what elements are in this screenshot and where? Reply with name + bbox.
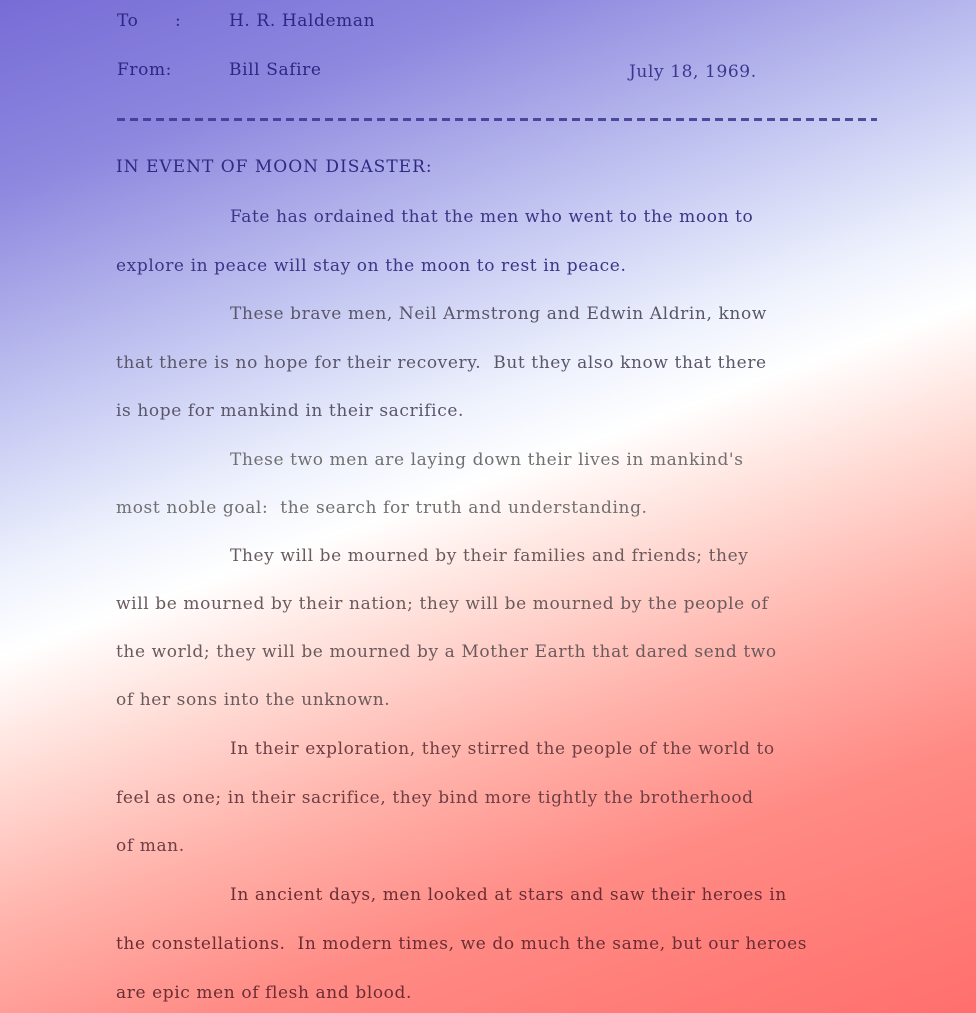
body-line: will be mourned by their nation; they wi… (116, 594, 769, 614)
to-value: H. R. Haldeman (229, 11, 375, 31)
body-line: most noble goal: the search for truth an… (116, 498, 648, 518)
divider-line (117, 118, 877, 121)
memo-subject: IN EVENT OF MOON DISASTER: (116, 157, 433, 177)
body-line: These two men are laying down their live… (230, 450, 744, 470)
to-colon: : (175, 11, 181, 31)
body-line: They will be mourned by their families a… (230, 546, 748, 566)
body-line: Fate has ordained that the men who went … (230, 207, 753, 227)
body-line: of her sons into the unknown. (116, 690, 390, 710)
body-line: feel as one; in their sacrifice, they bi… (116, 788, 754, 808)
body-line: that there is no hope for their recovery… (116, 353, 767, 373)
memo-page: To : H. R. Haldeman From: Bill Safire Ju… (0, 0, 976, 1013)
body-line: In their exploration, they stirred the p… (230, 739, 775, 759)
body-line: the world; they will be mourned by a Mot… (116, 642, 777, 662)
from-label: From: (117, 60, 172, 80)
memo-date: July 18, 1969. (629, 62, 757, 82)
to-label: To (117, 11, 138, 31)
body-line: the constellations. In modern times, we … (116, 934, 807, 954)
body-line: is hope for mankind in their sacrifice. (116, 401, 464, 421)
body-line: These brave men, Neil Armstrong and Edwi… (230, 304, 767, 324)
body-line: of man. (116, 836, 185, 856)
body-line: In ancient days, men looked at stars and… (230, 885, 787, 905)
from-value: Bill Safire (229, 60, 322, 80)
body-line: explore in peace will stay on the moon t… (116, 256, 626, 276)
body-line: are epic men of flesh and blood. (116, 983, 412, 1003)
